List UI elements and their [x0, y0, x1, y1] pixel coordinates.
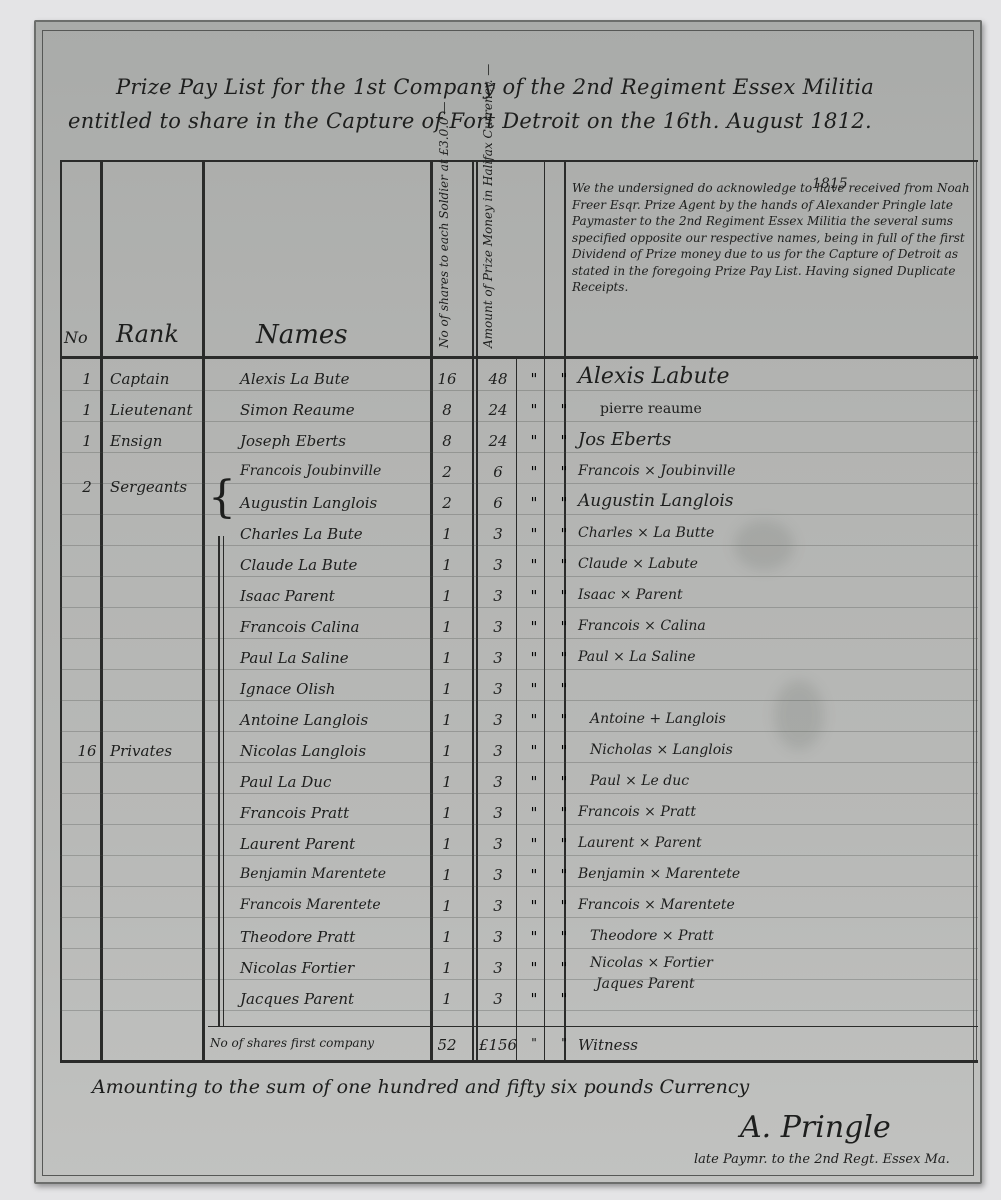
signature: Alexis Labute — [578, 364, 958, 389]
table-row: Ignace Olish 1 3 " " — [60, 674, 978, 705]
table-row: Claude La Bute 1 3 " " Claude × Labute — [60, 550, 978, 581]
amount-statement: Amounting to the sum of one hundred and … — [92, 1076, 749, 1098]
total-amount: £156 — [478, 1036, 518, 1054]
total-label: No of shares first company — [210, 1036, 400, 1050]
table-row: 1 Lieutenant Simon Reaume 8 24 " " pierr… — [60, 395, 978, 426]
table-header: No Rank Names No of shares to each Soldi… — [60, 160, 978, 356]
table-row: 16 Privates Nicolas Langlois 1 3 " " Nic… — [60, 736, 978, 767]
receipt-acknowledgement: We the undersigned do acknowledge to hav… — [572, 180, 972, 296]
prize-pay-table: No Rank Names No of shares to each Soldi… — [60, 160, 978, 1062]
signature: Charles × La Butte — [578, 525, 958, 541]
col-header-names: Names — [256, 320, 348, 350]
col-header-rank: Rank — [116, 320, 179, 348]
document-title-line-2: entitled to share in the Capture of Fort… — [68, 104, 948, 138]
table-row: Theodore Pratt 1 3 " " Theodore × Pratt — [60, 922, 978, 953]
total-row: No of shares first company 52 £156 " " W… — [60, 1030, 978, 1061]
signature: Francois × Marentete — [578, 897, 958, 913]
paymaster-title: late Paymr. to the 2nd Regt. Essex Ma. — [694, 1152, 950, 1167]
table-row: Isaac Parent 1 3 " " Isaac × Parent — [60, 581, 978, 612]
table-row: Francois Calina 1 3 " " Francois × Calin… — [60, 612, 978, 643]
table-row: Benjamin Marentete 1 3 " " Benjamin × Ma… — [60, 860, 978, 891]
paymaster-signature: A. Pringle — [740, 1110, 891, 1145]
signature: Francois × Joubinville — [578, 463, 958, 479]
signature: Francois × Pratt — [578, 804, 958, 820]
col-header-amount: Amount of Prize Money in Halifax Currenc… — [481, 170, 541, 348]
signature: Benjamin × Marentete — [578, 866, 958, 882]
col-header-no: No — [64, 328, 88, 347]
signature: Jos Eberts — [578, 429, 958, 450]
signature: pierre reaume — [600, 401, 980, 417]
document-sheet: Prize Pay List for the 1st Company of th… — [34, 20, 982, 1184]
table-row: Francois Marentete 1 3 " " Francois × Ma… — [60, 891, 978, 922]
witness-label: Witness — [578, 1036, 958, 1054]
table-row: 1 Ensign Joseph Eberts 8 24 " " Jos Eber… — [60, 426, 978, 457]
signature: Laurent × Parent — [578, 835, 958, 851]
signature: Isaac × Parent — [578, 587, 958, 603]
signature: Paul × Le duc — [590, 773, 970, 789]
table-row: Jacques Parent 1 3 " " Jaques Parent — [60, 984, 978, 1015]
col-header-shares: No of shares to each Soldier at £3.0.0 — — [437, 170, 469, 348]
table-row: Charles La Bute 1 3 " " Charles × La But… — [60, 519, 978, 550]
signature: Augustin Langlois — [578, 491, 958, 511]
document-title-line-1: Prize Pay List for the 1st Company of th… — [116, 70, 996, 104]
table-row: Paul La Saline 1 3 " " Paul × La Saline — [60, 643, 978, 674]
signature: Theodore × Pratt — [590, 928, 970, 944]
signature: Nicholas × Langlois — [590, 742, 970, 758]
signature: Francois × Calina — [578, 618, 958, 634]
table-row: Francois Pratt 1 3 " " Francois × Pratt — [60, 798, 978, 829]
table-row: Laurent Parent 1 3 " " Laurent × Parent — [60, 829, 978, 860]
table-row: Antoine Langlois 1 3 " " Antoine + Langl… — [60, 705, 978, 736]
signature: Jaques Parent — [596, 976, 976, 992]
total-shares: 52 — [430, 1036, 464, 1054]
table-row: 2 Sergeants Augustin Langlois 2 6 " " Au… — [60, 488, 978, 519]
signature: Paul × La Saline — [578, 649, 958, 665]
signature: Antoine + Langlois — [590, 711, 970, 727]
table-row: Paul La Duc 1 3 " " Paul × Le duc — [60, 767, 978, 798]
signature: Nicolas × Fortier — [590, 955, 970, 971]
signature: Claude × Labute — [578, 556, 958, 572]
table-row: 1 Captain Alexis La Bute 16 48 " " Alexi… — [60, 364, 978, 395]
